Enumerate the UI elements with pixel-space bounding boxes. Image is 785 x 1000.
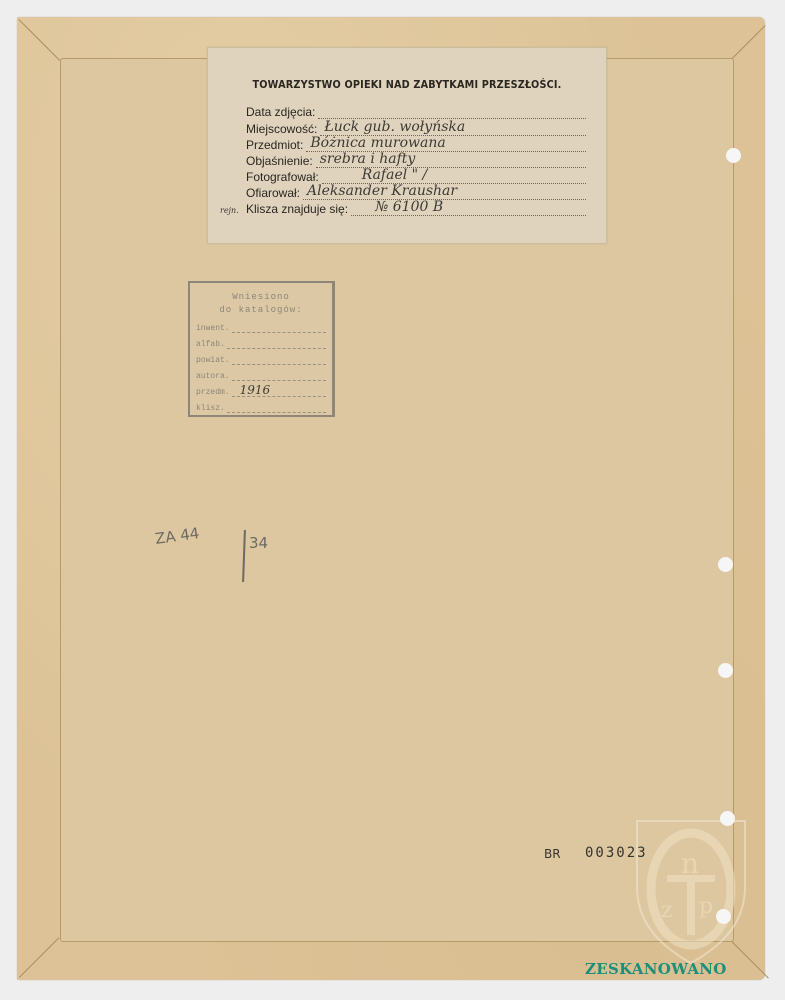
- field-subject: Przedmiot: Bóżnica murowana: [246, 136, 586, 152]
- field-label: Ofiarował:: [246, 186, 300, 200]
- side-note: rejn.: [220, 206, 239, 215]
- punch-hole: [718, 557, 733, 572]
- field-value: Łuck gub. wołyńska: [324, 119, 465, 135]
- society-title: TOWARZYSTWO OPIEKI NAD ZABYTKAMI PRZESZŁ…: [232, 78, 582, 91]
- stamp-subject-number: 1916: [240, 383, 271, 397]
- nzp-shield-watermark-icon: n z p: [631, 817, 751, 967]
- scanned-stamp: ZESKANOWANO: [585, 960, 727, 978]
- field-label: Fotografował:: [246, 170, 319, 184]
- corner-fold-line-top-right: [731, 25, 766, 60]
- registry-prefix: BR: [544, 847, 561, 861]
- field-label: Objaśnienie:: [246, 154, 313, 168]
- archive-sheet: TOWARZYSTWO OPIEKI NAD ZABYTKAMI PRZESZŁ…: [17, 17, 765, 980]
- field-donor: Ofiarował: Aleksander Kraushar: [246, 184, 586, 200]
- stamp-row-district: powiat.: [196, 349, 326, 365]
- field-photographer: Fotografował: Rafael " /: [246, 168, 586, 184]
- corner-fold-line-bottom-left: [19, 937, 59, 977]
- corner-fold-line-top-left: [18, 19, 60, 61]
- field-label: Miejscowość:: [246, 122, 317, 136]
- field-label: Klisza znajduje się:: [246, 202, 348, 216]
- stamp-heading-line2: do katalogów:: [190, 304, 332, 317]
- field-label: Przedmiot:: [246, 138, 303, 152]
- field-value: Aleksander Kraushar: [307, 183, 457, 199]
- field-value: № 6100 B: [375, 199, 443, 215]
- stamp-row-label: autora.: [196, 372, 230, 381]
- stamp-heading-line1: Wniesiono: [190, 291, 332, 304]
- stamp-row-label: przedm.: [196, 388, 230, 397]
- field-location: Miejscowość: Łuck gub. wołyńska: [246, 120, 586, 136]
- stamp-row-label: alfab.: [196, 340, 225, 349]
- label-card: TOWARZYSTWO OPIEKI NAD ZABYTKAMI PRZESZŁ…: [207, 47, 607, 244]
- svg-text:z: z: [661, 898, 673, 923]
- stamp-row-negatives: klisz.: [196, 397, 326, 413]
- field-value: srebra i hafty: [320, 151, 416, 167]
- stamp-row-subject: przedm. 1916: [196, 381, 326, 397]
- punch-hole: [720, 811, 735, 826]
- registry-number: 003023: [585, 845, 648, 861]
- svg-text:p: p: [699, 894, 713, 919]
- pencil-note-right: 34: [249, 534, 268, 552]
- punch-hole: [716, 909, 731, 924]
- field-negative-location: Klisza znajduje się: № 6100 B: [246, 200, 586, 216]
- catalog-stamp: Wniesiono do katalogów: inwent. alfab. p…: [188, 281, 335, 417]
- stamp-row-author: autora.: [196, 365, 326, 381]
- punch-hole: [718, 663, 733, 678]
- punch-hole: [726, 148, 741, 163]
- stamp-row-label: inwent.: [196, 324, 230, 333]
- stamp-row-inventory: inwent.: [196, 317, 326, 333]
- stamp-row-label: klisz.: [196, 404, 225, 413]
- field-explanation: Objaśnienie: srebra i hafty: [246, 152, 586, 168]
- stamp-row-alphabetical: alfab.: [196, 333, 326, 349]
- stamp-row-label: powiat.: [196, 356, 230, 365]
- field-label: Data zdjęcia:: [246, 105, 315, 119]
- field-value: Bóżnica murowana: [310, 135, 445, 151]
- field-photo-date: Data zdjęcia:: [246, 103, 586, 119]
- field-value: Rafael " /: [362, 167, 428, 183]
